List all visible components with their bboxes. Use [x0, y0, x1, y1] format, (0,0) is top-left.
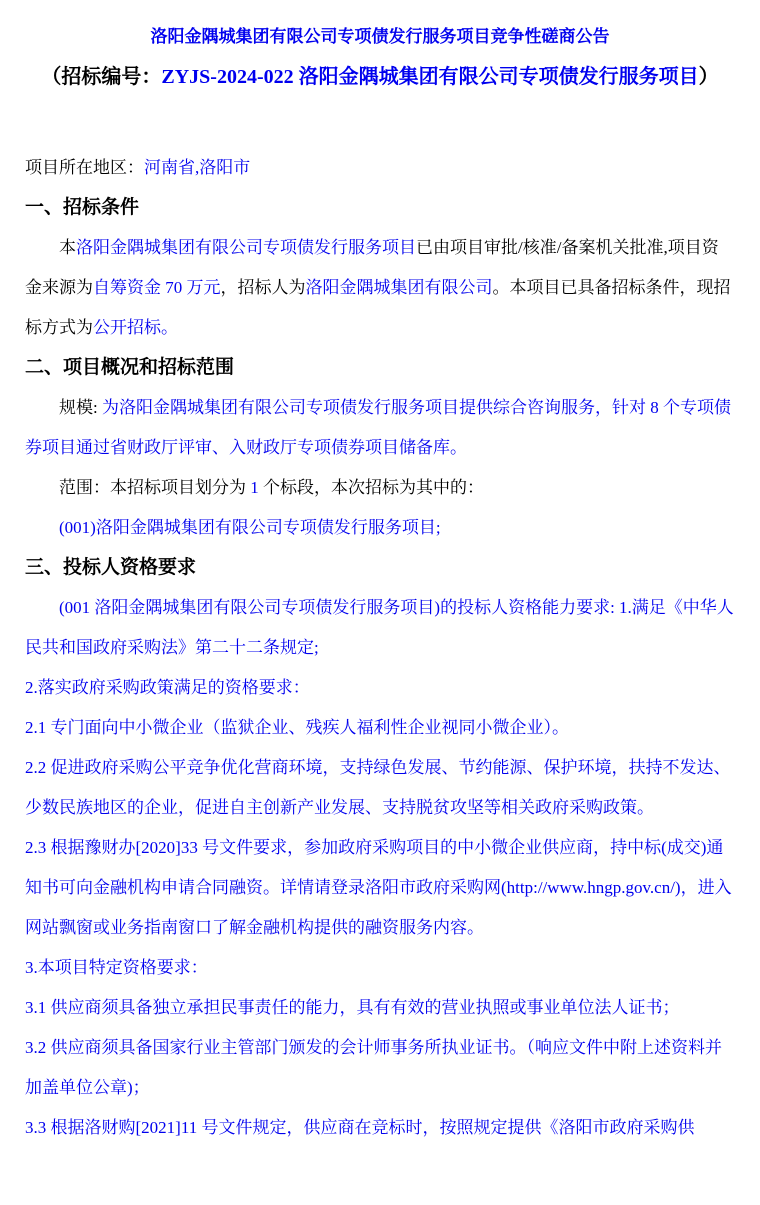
tender-number-suffix: ） [699, 66, 719, 88]
para-scale: 规模: 为洛阳金隅城集团有限公司专项债发行服务项目提供综合咨询服务，针对 8 个… [25, 388, 735, 468]
section-heading-project-overview: 二、项目概况和招标范围 [25, 348, 735, 388]
tender-number-prefix: （招标编号： [41, 66, 161, 88]
tenderer-name-value: 洛阳金隅城集团有限公司 [306, 278, 493, 297]
text-run: ，招标人为 [221, 278, 306, 297]
section-heading-bidder-qualifications: 三、投标人资格要求 [25, 548, 735, 588]
project-name-value: 洛阳金隅城集团有限公司专项债发行服务项目 [76, 238, 416, 257]
para-requirement-3-1-civil-liability: 3.1 供应商须具备独立承担民事责任的能力，具有有效的营业执照或事业单位法人证书… [25, 988, 735, 1028]
tender-method-value: 公开招标。 [93, 318, 178, 337]
section-heading-tender-conditions: 一、招标条件 [25, 188, 735, 228]
text-run: 个标段，本次招标为其中的： [259, 478, 484, 497]
lot-count-value: 1 [250, 478, 259, 497]
para-specific-requirements-3: 3.本项目特定资格要求： [25, 948, 735, 988]
project-location-line: 项目所在地区：河南省,洛阳市 [25, 148, 735, 188]
para-requirement-3-2-cpa-license: 3.2 供应商须具备国家行业主管部门颁发的会计师事务所执业证书。（响应文件中附上… [25, 1028, 735, 1108]
text-run: 本 [59, 238, 76, 257]
tender-number-value: ZYJS-2024-022 洛阳金隅城集团有限公司专项债发行服务项目 [161, 66, 698, 88]
scale-value: 为洛阳金隅城集团有限公司专项债发行服务项目提供综合咨询服务，针对 8 个专项债券… [25, 398, 731, 457]
project-location-value: 河南省,洛阳市 [144, 158, 250, 177]
scale-label: 规模: [59, 398, 102, 417]
para-policy-2-2-fair-competition: 2.2 促进政府采购公平竞争优化营商环境，支持绿色发展、节约能源、保护环境，扶持… [25, 748, 735, 828]
para-tender-conditions: 本洛阳金隅城集团有限公司专项债发行服务项目已由项目审批/核准/备案机关批准,项目… [25, 228, 735, 348]
page-title: 洛阳金隅城集团有限公司专项债发行服务项目竞争性磋商公告 [25, 24, 735, 50]
para-policy-2-1-small-enterprises: 2.1 专门面向中小微企业（监狱企业、残疾人福利性企业视同小微企业）。 [25, 708, 735, 748]
document-page: 洛阳金隅城集团有限公司专项债发行服务项目竞争性磋商公告 （招标编号：ZYJS-2… [0, 0, 760, 1205]
project-location-label: 项目所在地区： [25, 158, 144, 177]
para-policy-2-3-financing: 2.3 根据豫财办[2020]33 号文件要求，参加政府采购项目的中小微企业供应… [25, 828, 735, 948]
text-run: 范围：本招标项目划分为 [59, 478, 250, 497]
funding-source-value: 自筹资金 70 万元 [93, 278, 221, 297]
para-lot-001: (001)洛阳金隅城集团有限公司专项债发行服务项目; [25, 508, 735, 548]
para-policy-requirements-2: 2.落实政府采购政策满足的资格要求： [25, 668, 735, 708]
para-requirement-3-3-integrity-letter: 3.3 根据洛财购[2021]11 号文件规定，供应商在竞标时，按照规定提供《洛… [25, 1108, 735, 1148]
para-qualification-requirement-1: (001 洛阳金隅城集团有限公司专项债发行服务项目)的投标人资格能力要求: 1.… [25, 588, 735, 668]
tender-number-line: （招标编号：ZYJS-2024-022 洛阳金隅城集团有限公司专项债发行服务项目… [25, 62, 735, 92]
document-body: 项目所在地区：河南省,洛阳市 一、招标条件 本洛阳金隅城集团有限公司专项债发行服… [25, 148, 735, 1148]
para-scope: 范围：本招标项目划分为 1 个标段，本次招标为其中的： [25, 468, 735, 508]
